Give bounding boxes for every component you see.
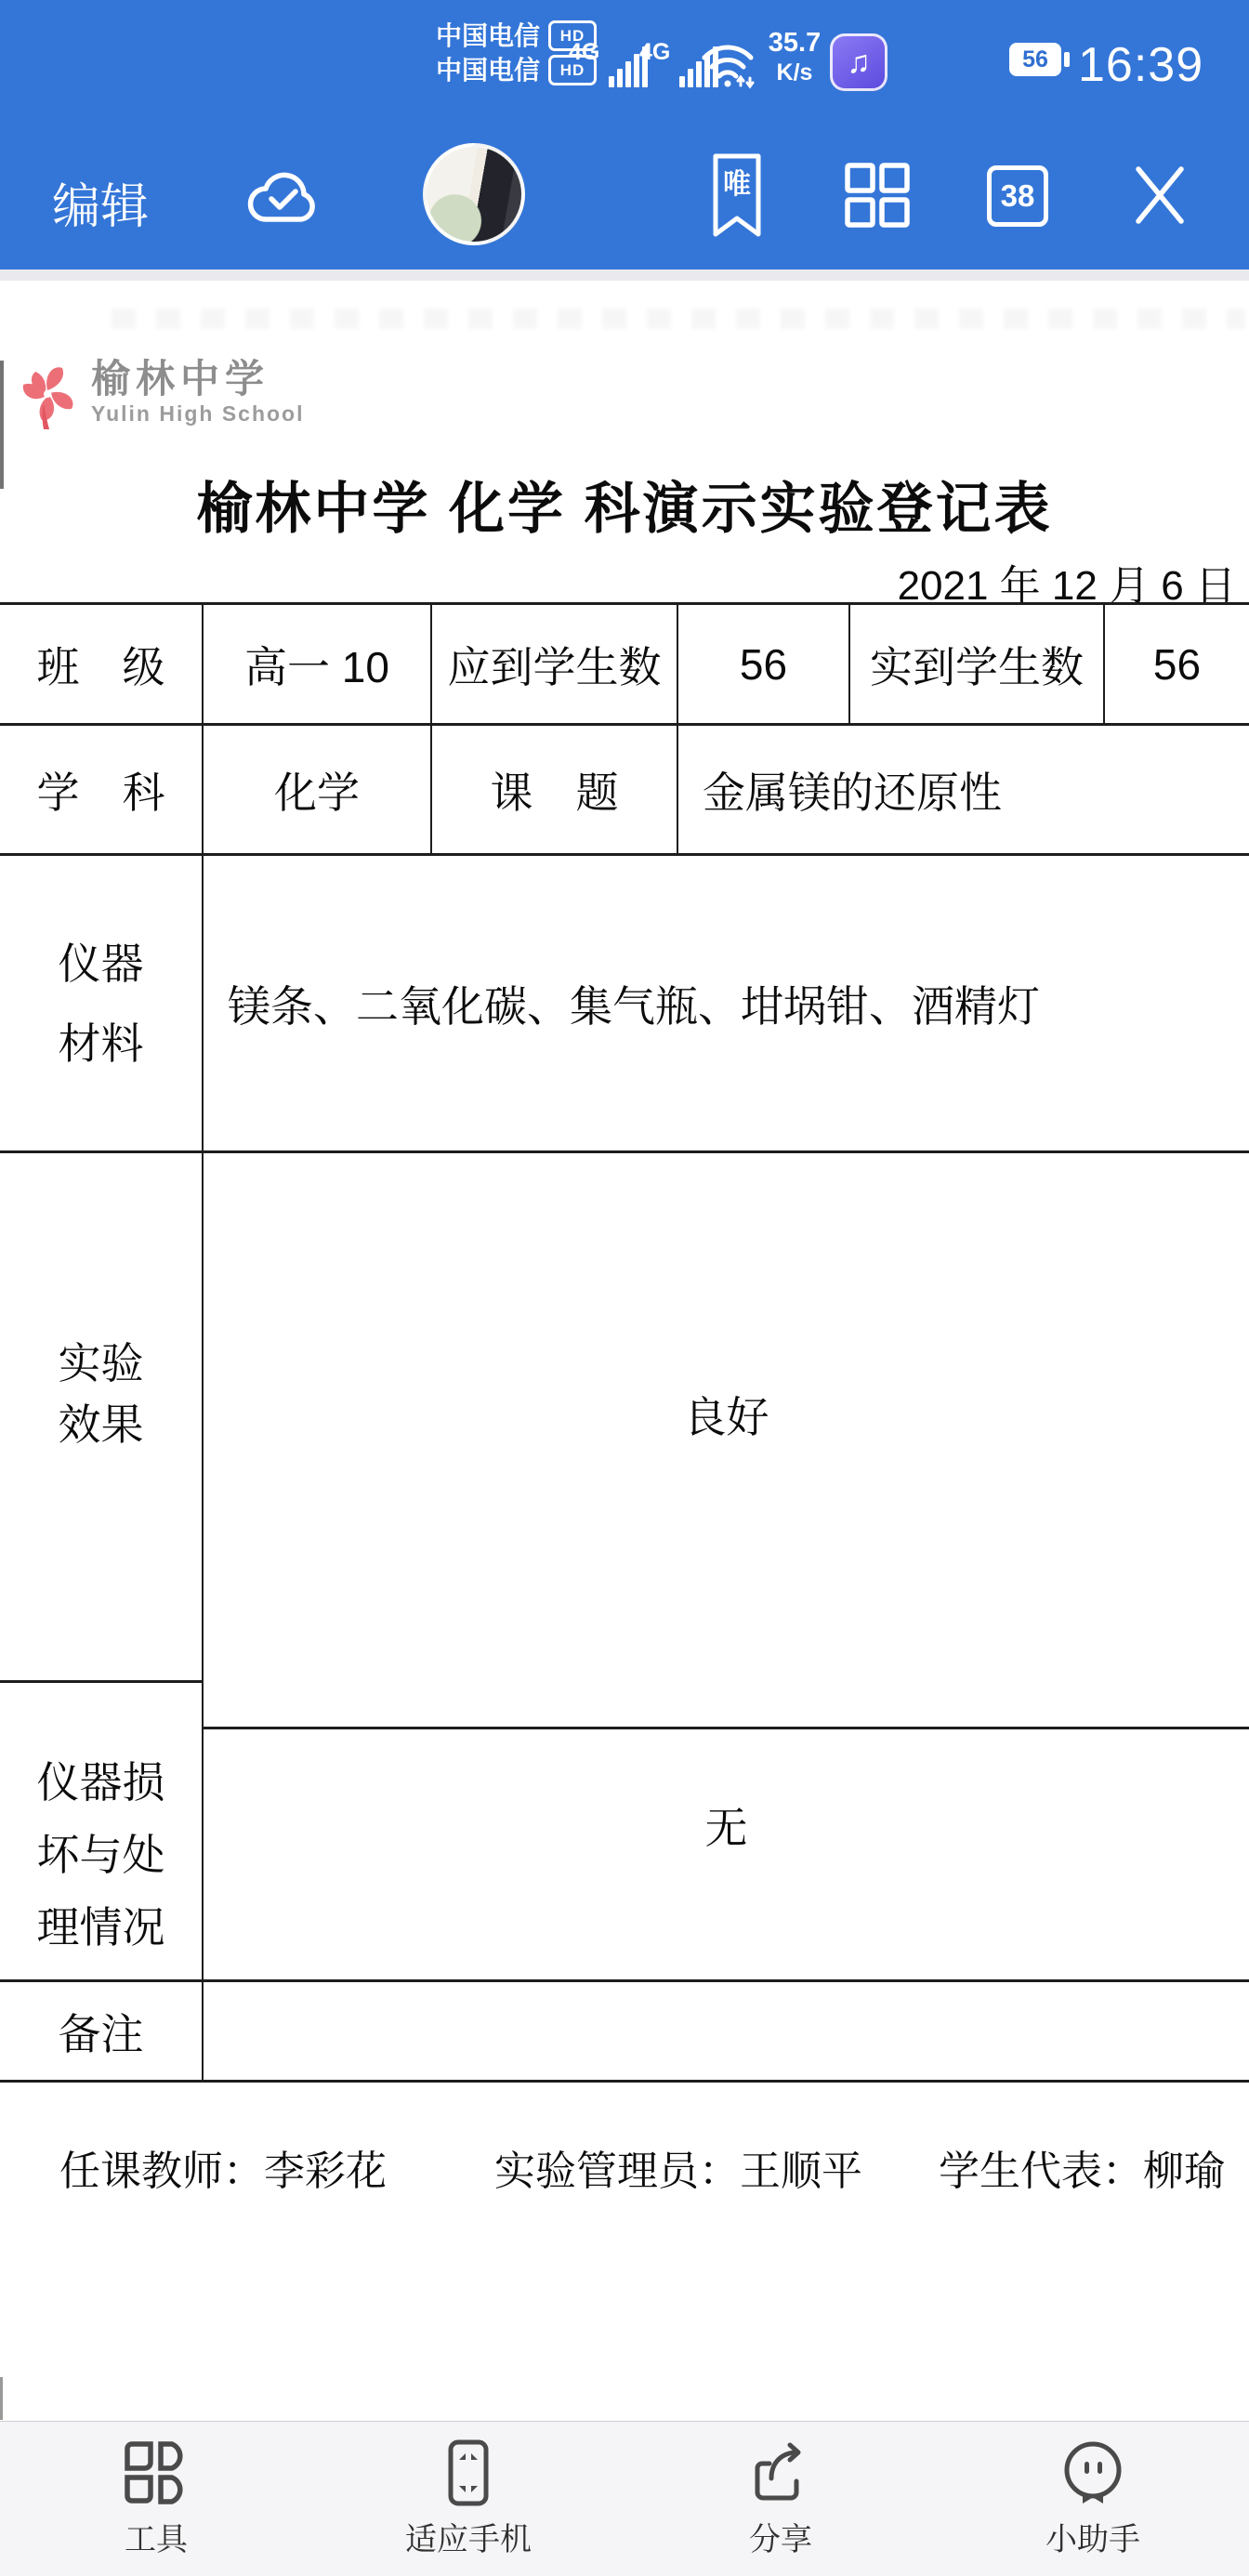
carrier-name-1: 中国电信 [436,21,540,51]
status-time: 16:39 [1078,37,1203,93]
battery-icon: 56 [1009,43,1070,76]
assistant-button[interactable]: 小助手 [937,2422,1249,2576]
app-toolbar: 编辑 唯 38 [0,121,1249,269]
cell-class-value: 高一 10 [202,605,430,726]
music-app-icon: ♫ [830,33,887,91]
fit-phone-button[interactable]: 适应手机 [312,2422,624,2576]
signature-row: 任课教师：李彩花 实验管理员：王顺平 学生代表：柳瑜 [59,2137,1225,2197]
experiment-table: 班 级 高一 10 应到学生数 56 实到学生数 56 学 科 化学 课 题 金… [0,602,1249,2083]
page-gap-strip [0,269,1249,281]
cell-topic-label: 课 题 [430,726,677,856]
screen: 中国电信 HD 中国电信 HD 4G 4G [0,0,1249,2576]
carrier-name-2: 中国电信 [436,56,540,85]
battery-level: 56 [1009,43,1061,76]
status-bar: 中国电信 HD 中国电信 HD 4G 4G [0,0,1249,121]
cloud-sync-icon[interactable] [243,160,322,232]
avatar[interactable] [423,143,525,245]
network-type-label: 4G [639,39,670,66]
faint-watermark [112,309,1245,329]
bookmark-char: 唯 [723,169,751,200]
cell-topic-value: 金属镁的还原性 [677,726,1249,856]
cell-effect-value: 良好 [202,1153,1249,1729]
logo-school-name-cn: 榆林中学 [91,359,305,400]
form-title: 榆林中学 化学 科演示实验登记表 [0,465,1249,545]
cell-expected-students-value: 56 [677,605,848,726]
logo-school-name-en: Yulin High School [91,400,305,427]
wifi-icon [699,39,756,89]
share-button[interactable]: 分享 [624,2422,937,2576]
signature-student-rep: 学生代表：柳瑜 [939,2137,1225,2197]
cell-class-label: 班 级 [0,605,202,726]
window-count-button[interactable]: 38 [987,165,1048,227]
tools-grid-icon [123,2439,190,2506]
assistant-face-icon [1059,2439,1126,2506]
close-icon[interactable] [1129,164,1190,227]
logo-flower-icon [17,359,78,429]
signal-cluster-sim1: 4G [569,37,648,87]
cell-effect-label: 实验 效果 [0,1107,202,1683]
music-note-glyph: ♫ [847,46,871,78]
share-icon [747,2439,814,2506]
bottom-toolbar: 工具 适应手机 分享 [0,2421,1249,2576]
cell-subject-label: 学 科 [0,726,202,856]
network-speed: 35.7 K/s [755,28,835,87]
signature-lab-manager: 实验管理员：王顺平 [494,2137,862,2197]
document-page[interactable]: 榆林中学 Yulin High School 榆林中学 化学 科演示实验登记表 … [0,281,1249,2421]
fit-phone-icon [435,2439,502,2506]
bookmark-icon[interactable]: 唯 [711,152,763,238]
cell-actual-students-label: 实到学生数 [848,605,1103,726]
edit-button[interactable]: 编辑 [52,167,149,237]
battery-nub [1064,52,1070,67]
network-speed-unit: K/s [755,58,835,87]
apps-grid-icon[interactable] [844,162,911,229]
cell-remarks-label: 备注 [0,1982,202,2083]
network-speed-value: 35.7 [755,28,835,58]
tools-button[interactable]: 工具 [0,2422,312,2576]
page-edge-mark [0,2377,3,2420]
cell-damage-label: 仪器损 坏与处 理情况 [0,1729,202,1982]
signature-teacher: 任课教师：李彩花 [59,2137,387,2197]
network-type-label: 4G [569,39,599,66]
cell-remarks-value [202,1982,1249,2083]
cell-subject-value: 化学 [202,726,430,856]
cell-damage-value: 无 [202,1729,1249,1982]
cell-expected-students-label: 应到学生数 [430,605,677,726]
cell-actual-students-value: 56 [1103,605,1249,726]
cell-apparatus-value: 镁条、二氧化碳、集气瓶、坩埚钳、酒精灯 [202,856,1249,1153]
school-logo: 榆林中学 Yulin High School [17,359,305,429]
